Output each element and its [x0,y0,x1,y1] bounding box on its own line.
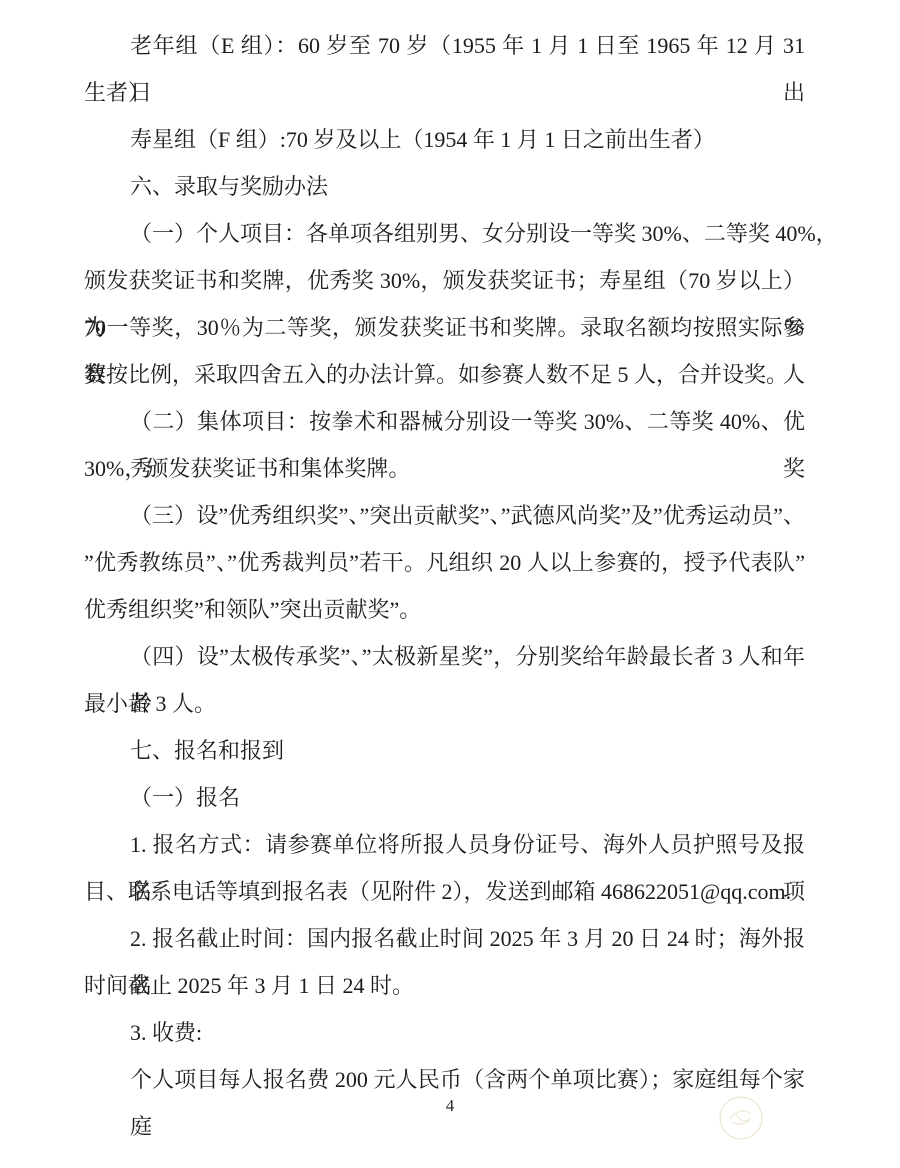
text-line: （四）设”太极传承奖”、”太极新星奖”，分别奖给年龄最长者 3 人和年龄 [84,633,805,680]
text-line: 优秀组织奖”和领队”突出贡献奖”。 [84,586,805,633]
text-line: 颁发获奖证书和奖牌，优秀奖 30%，颁发获奖证书；寿星组（70 岁以上）70％ [84,257,805,304]
text-line: 七、报名和报到 [84,727,805,774]
text-line: 六、录取与奖励办法 [84,163,805,210]
text-line: 数按比例，采取四舍五入的办法计算。如参赛人数不足 5 人，合并设奖。 [84,351,805,398]
text-line: （二）集体项目：按拳术和器械分别设一等奖 30%、二等奖 40%、优秀奖 [84,398,805,445]
text-line: 3. 收费: [84,1009,805,1056]
text-line: 目、联系电话等填到报名表（见附件 2），发送到邮箱 468622051@qq.c… [84,868,805,915]
text-line: 最小者 3 人。 [84,680,805,727]
text-line: 寿星组（F 组）:70 岁及以上（1954 年 1 月 1 日之前出生者） [84,116,805,163]
text-line: （一）报名 [84,774,805,821]
text-line: （三）设”优秀组织奖”、”突出贡献奖”、”武德风尚奖”及”优秀运动员”、 [84,492,805,539]
text-line: 2. 报名截止时间：国内报名截止时间 2025 年 3 月 20 日 24 时；… [84,915,805,962]
text-line: 老年组（E 组）：60 岁至 70 岁（1955 年 1 月 1 日至 1965… [84,22,805,69]
document-text-body: 老年组（E 组）：60 岁至 70 岁（1955 年 1 月 1 日至 1965… [84,22,805,1103]
text-line: （一）个人项目：各单项各组别男、女分别设一等奖 30%、二等奖 40%， [84,210,805,257]
text-line: 时间截止 2025 年 3 月 1 日 24 时。 [84,962,805,1009]
text-line: ”优秀教练员”、”优秀裁判员”若干。凡组织 20 人以上参赛的，授予代表队” [84,539,805,586]
text-line: 为一等奖，30％为二等奖，颁发获奖证书和奖牌。录取名额均按照实际参赛人 [84,304,805,351]
text-line: 1. 报名方式：请参赛单位将所报人员身份证号、海外人员护照号及报名项 [84,821,805,868]
document-page: 老年组（E 组）：60 岁至 70 岁（1955 年 1 月 1 日至 1965… [0,0,900,1168]
page-number: 4 [0,1094,900,1118]
